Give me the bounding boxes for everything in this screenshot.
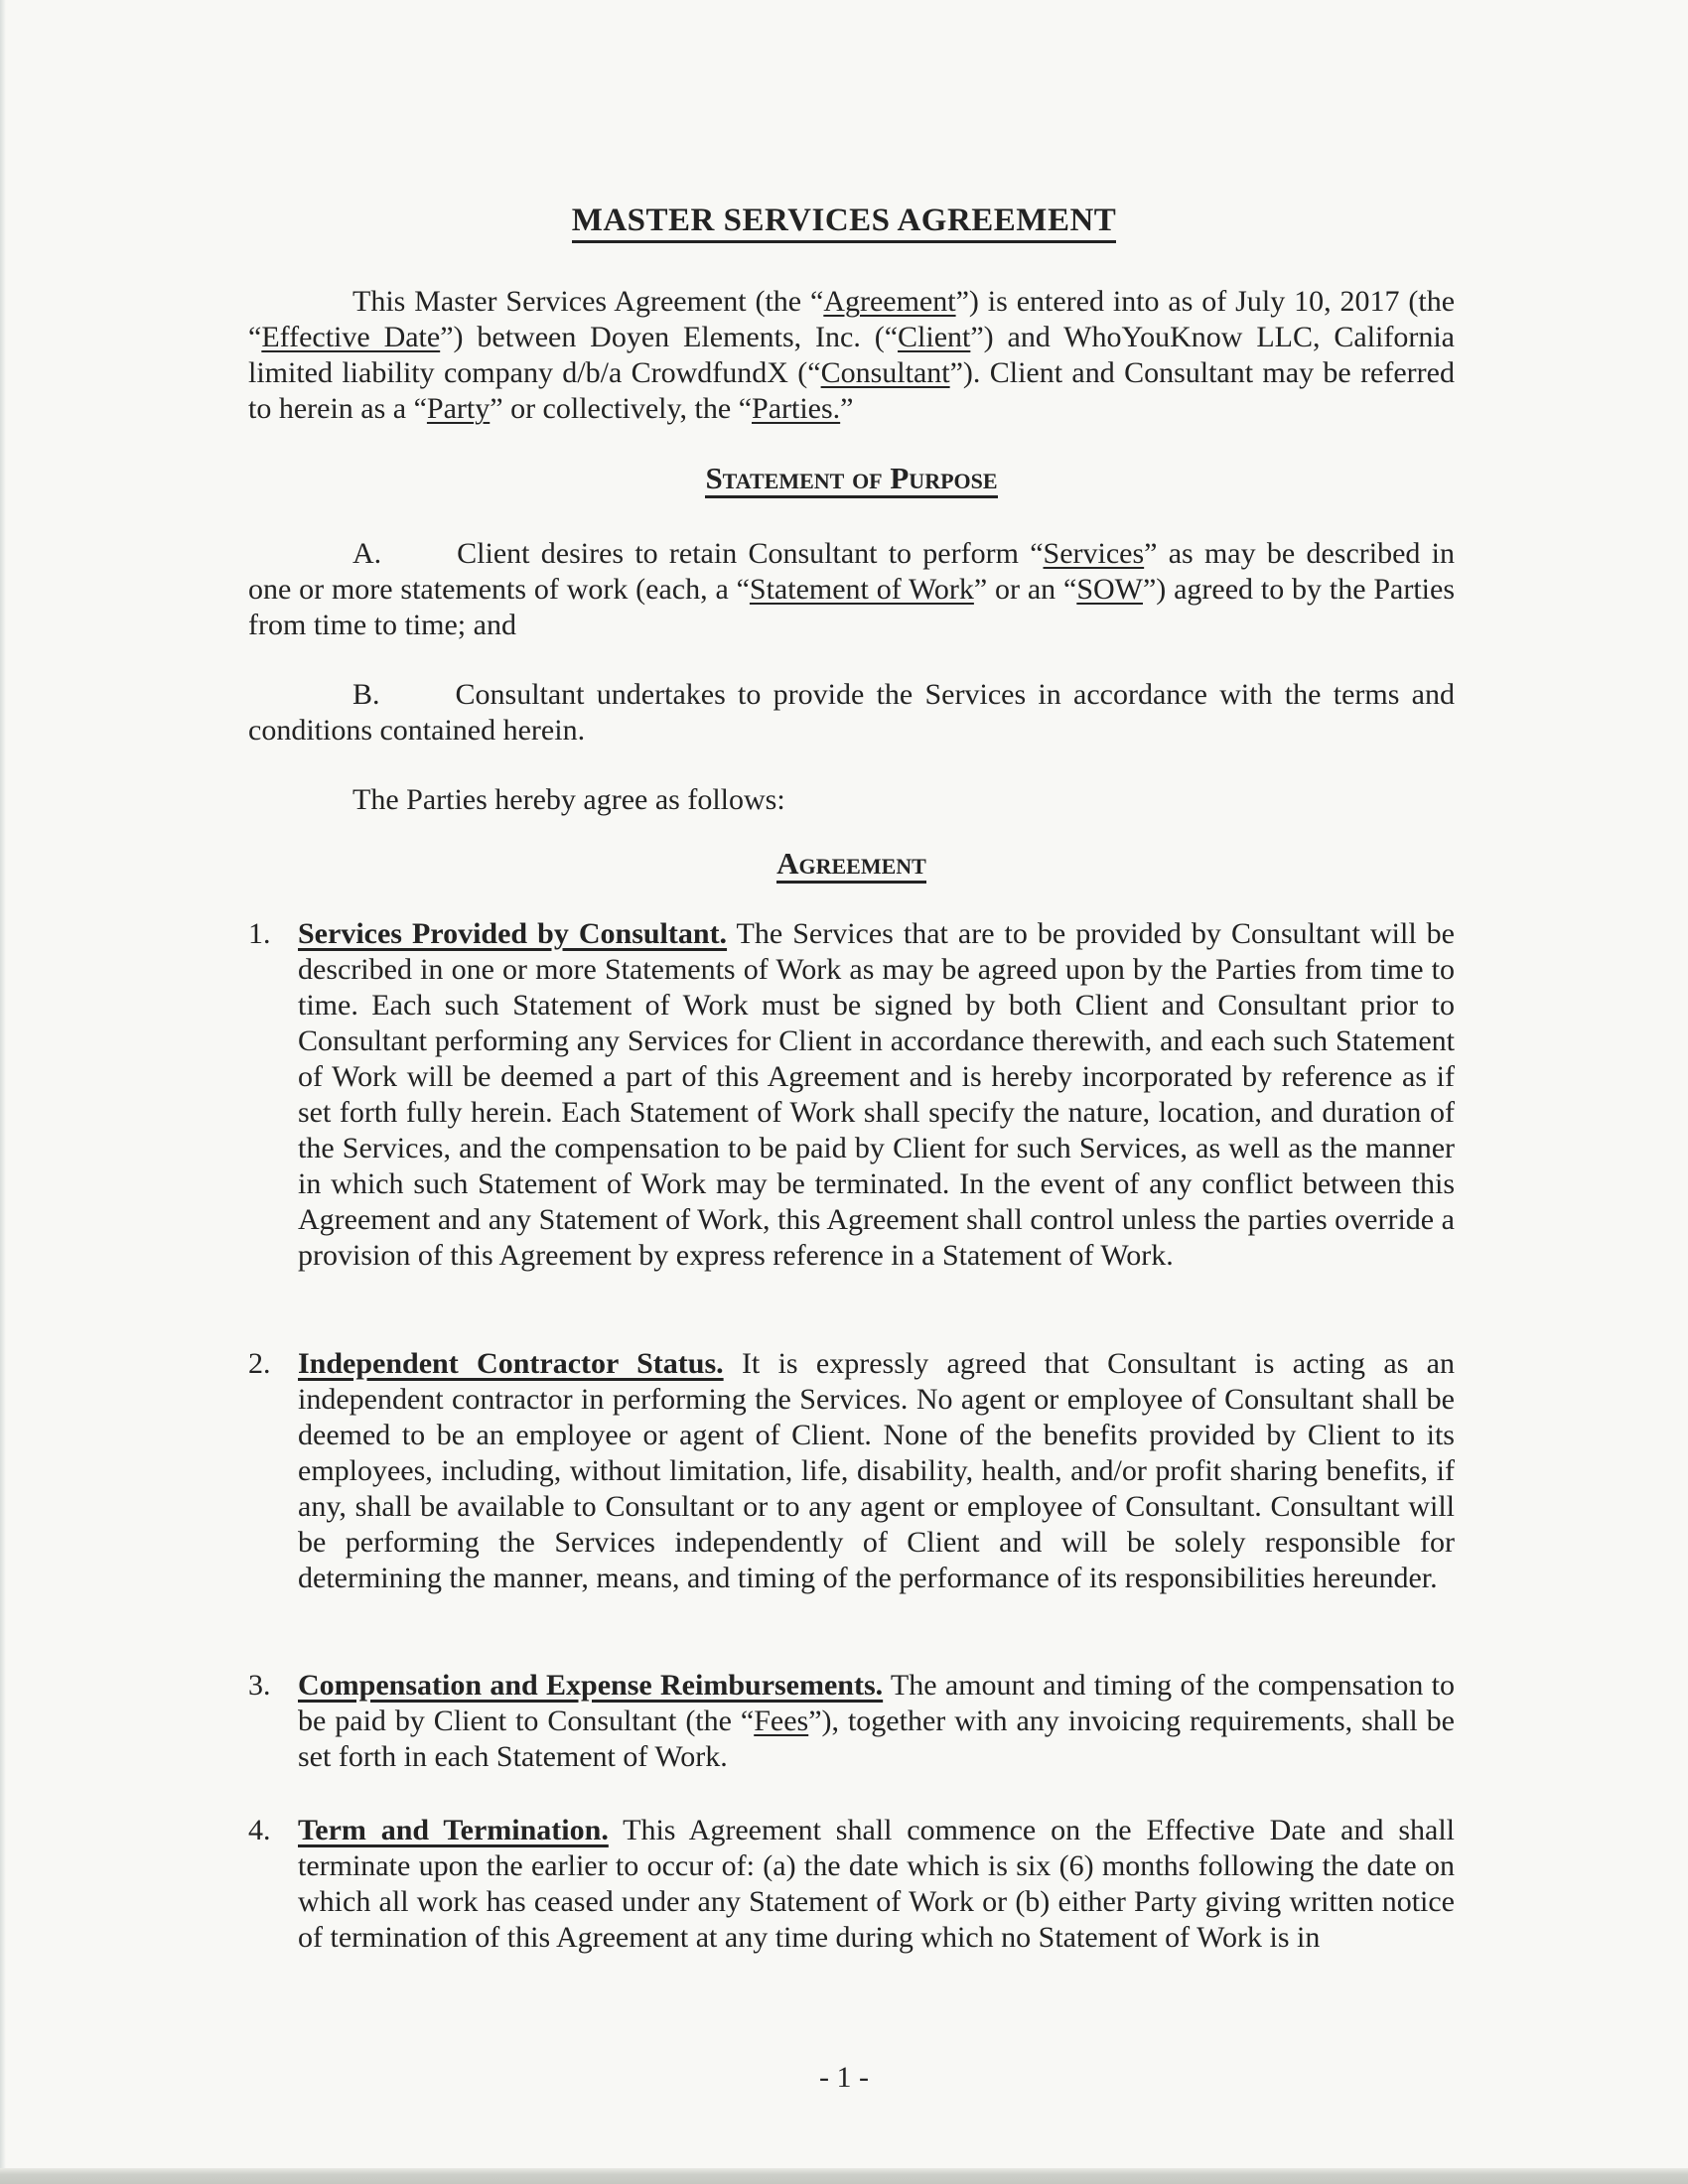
recital-b: B.Consultant undertakes to provide the S… — [248, 677, 1455, 749]
agreement-item-4: 4. Term and Termination. This Agreement … — [248, 1813, 1455, 1956]
statement-of-purpose-heading: Statement of Purpose — [248, 459, 1455, 498]
item-4-text: Term and Termination. This Agreement sha… — [298, 1813, 1455, 1956]
item-3-number: 3. — [248, 1668, 271, 1704]
agreement-item-2: 2. Independent Contractor Status. It is … — [248, 1346, 1455, 1596]
agreement-heading-text: Agreement — [776, 846, 926, 884]
document-title-text: MASTER SERVICES AGREEMENT — [572, 203, 1117, 243]
recital-a: A.Client desires to retain Consultant to… — [248, 536, 1455, 643]
scan-edge-bottom — [0, 2168, 1688, 2184]
item-1-number: 1. — [248, 916, 271, 952]
item-3-text: Compensation and Expense Reimbursements.… — [298, 1668, 1455, 1775]
recital-a-text: Client desires to retain Consultant to p… — [248, 537, 1455, 641]
intro-paragraph: This Master Services Agreement (the “Agr… — [248, 284, 1455, 427]
recital-a-label: A. — [352, 537, 381, 570]
document-title: MASTER SERVICES AGREEMENT — [0, 199, 1688, 242]
recital-b-label: B. — [352, 678, 380, 711]
recital-b-text: Consultant undertakes to provide the Ser… — [248, 678, 1455, 747]
item-4-number: 4. — [248, 1813, 271, 1848]
lead-in-paragraph: The Parties hereby agree as follows: — [248, 782, 1455, 818]
page-number: - 1 - — [0, 2061, 1688, 2095]
agreement-item-1: 1. Services Provided by Consultant. The … — [248, 916, 1455, 1274]
agreement-heading: Agreement — [248, 844, 1455, 884]
agreement-item-3: 3. Compensation and Expense Reimbursemen… — [248, 1668, 1455, 1775]
item-2-number: 2. — [248, 1346, 271, 1382]
scan-edge-left — [0, 0, 6, 2184]
statement-of-purpose-heading-text: Statement of Purpose — [705, 461, 997, 498]
item-1-text: Services Provided by Consultant. The Ser… — [298, 916, 1455, 1274]
item-2-text: Independent Contractor Status. It is exp… — [298, 1346, 1455, 1596]
document-page: MASTER SERVICES AGREEMENT This Master Se… — [0, 0, 1688, 2184]
